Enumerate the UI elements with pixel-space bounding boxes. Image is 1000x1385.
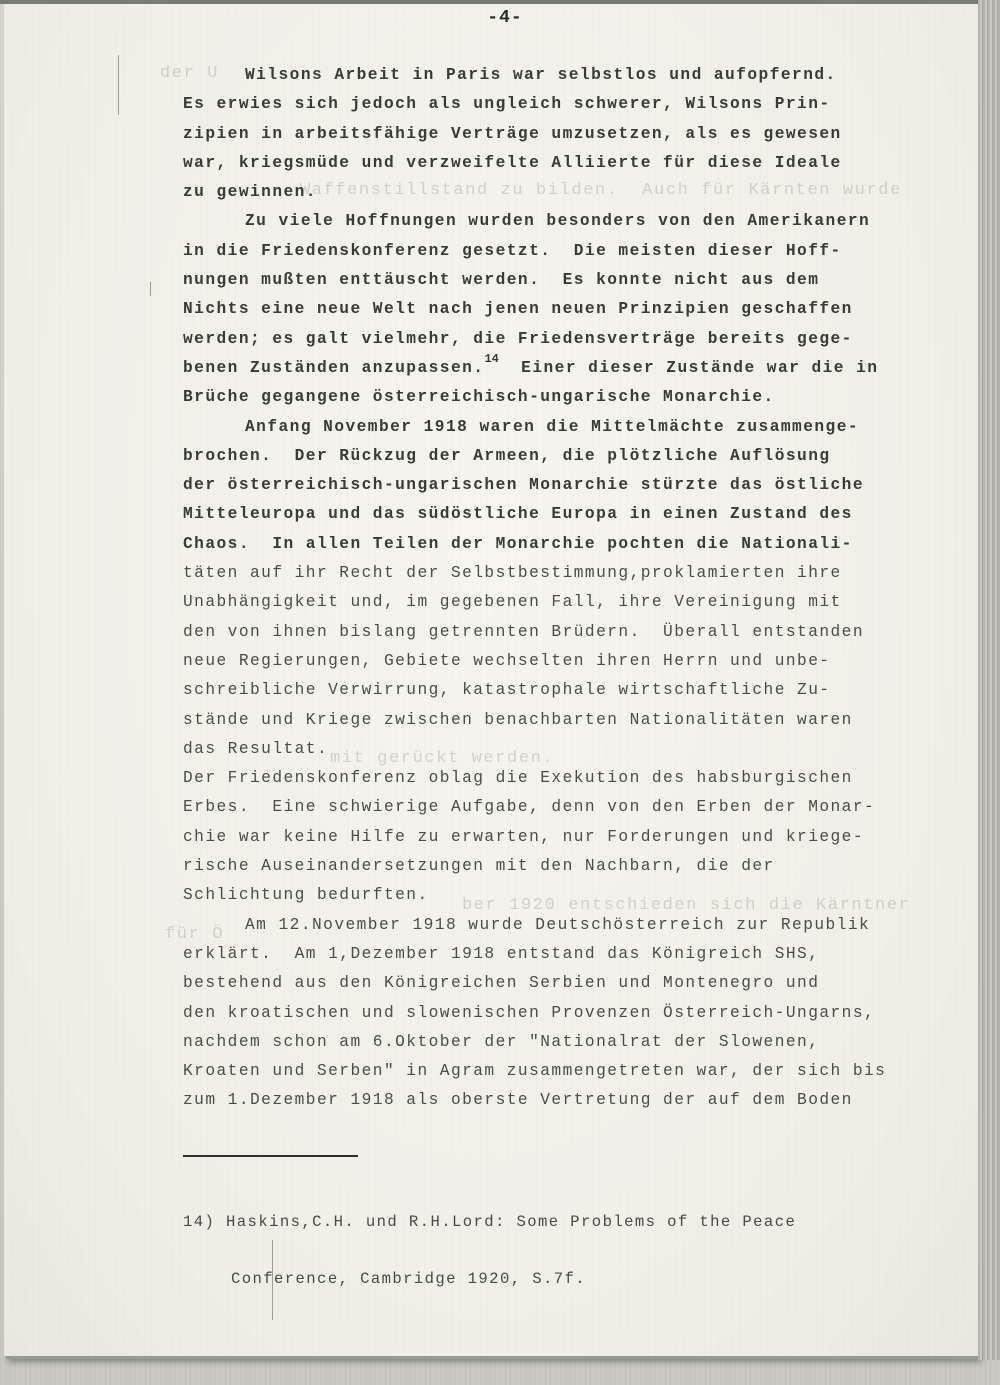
text-line: rische Auseinandersetzungen mit den Nach… (183, 852, 983, 881)
text-line: Schlichtung bedurften. (183, 881, 983, 910)
text-line: neue Regierungen, Gebiete wechselten ihr… (183, 647, 983, 676)
text-line: der österreichisch-ungarischen Monarchie… (183, 471, 983, 500)
scan-artifact-mark (150, 282, 151, 296)
text-line: war, kriegsmüde und verzweifelte Alliier… (183, 149, 983, 178)
footnote-14: 14) Haskins,C.H. und R.H.Lord: Some Prob… (183, 1175, 963, 1308)
text-line: Mitteleuropa und das südöstliche Europa … (183, 500, 983, 529)
page-number: -4- (0, 8, 1000, 28)
text-segment: benen Zuständen anzupassen. (183, 359, 484, 377)
footnote-text: Haskins,C.H. und R.H.Lord: Some Problems… (226, 1213, 796, 1231)
footnote-line: 14) Haskins,C.H. und R.H.Lord: Some Prob… (183, 1213, 963, 1232)
footnote-reference[interactable]: 14 (484, 352, 498, 366)
paragraph: Anfang November 1918 waren die Mittelmäc… (183, 413, 983, 765)
paragraph: Zu viele Hoffnungen wurden besonders von… (183, 207, 983, 412)
text-line: Wilsons Arbeit in Paris war selbstlos un… (183, 61, 983, 90)
text-line: täten auf ihr Recht der Selbstbestimmung… (183, 559, 983, 588)
paragraph: Wilsons Arbeit in Paris war selbstlos un… (183, 61, 983, 207)
text-line: Am 12.November 1918 wurde Deutschösterre… (183, 911, 983, 940)
text-line: schreibliche Verwirrung, katastrophale w… (183, 676, 983, 705)
text-line: Zu viele Hoffnungen wurden besonders von… (183, 207, 983, 236)
footnote-separator (183, 1155, 358, 1157)
text-line: Es erwies sich jedoch als ungleich schwe… (183, 90, 983, 119)
text-line: erklärt. Am 1,Dezember 1918 entstand das… (183, 940, 983, 969)
text-line: Erbes. Eine schwierige Aufgabe, denn von… (183, 793, 983, 822)
text-line: werden; es galt vielmehr, die Friedensve… (183, 325, 983, 354)
text-line: das Resultat. (183, 735, 983, 764)
text-line: zum 1.Dezember 1918 als oberste Vertretu… (183, 1086, 983, 1115)
text-line: Kroaten und Serben" in Agram zusammenget… (183, 1057, 983, 1086)
text-line: in die Friedenskonferenz gesetzt. Die me… (183, 237, 983, 266)
text-line: den von ihnen bislang getrennten Brüdern… (183, 618, 983, 647)
text-line: Anfang November 1918 waren die Mittelmäc… (183, 413, 983, 442)
text-line: nachdem schon am 6.Oktober der "National… (183, 1028, 983, 1057)
text-line: Chaos. In allen Teilen der Monarchie poc… (183, 530, 983, 559)
text-line: zu gewinnen. (183, 178, 983, 207)
text-line: zipien in arbeitsfähige Verträge umzuset… (183, 120, 983, 149)
paragraph: Der Friedenskonferenz oblag die Exekutio… (183, 764, 983, 910)
text-line: brochen. Der Rückzug der Armeen, die plö… (183, 442, 983, 471)
text-line: Der Friedenskonferenz oblag die Exekutio… (183, 764, 983, 793)
text-line: chie war keine Hilfe zu erwarten, nur Fo… (183, 823, 983, 852)
footnote-marker: 14) (183, 1213, 215, 1231)
text-segment: Einer dieser Zustände war die in (499, 359, 879, 377)
text-line: stände und Kriege zwischen benachbarten … (183, 706, 983, 735)
text-line: Unabhängigkeit und, im gegebenen Fall, i… (183, 588, 983, 617)
scan-artifact-mark (118, 55, 119, 115)
document-body: Wilsons Arbeit in Paris war selbstlos un… (183, 61, 983, 1116)
footnote-line: Conference, Cambridge 1920, S.7f. (183, 1270, 963, 1289)
text-line: Nichts eine neue Welt nach jenen neuen P… (183, 295, 983, 324)
text-line-with-footnote: benen Zuständen anzupassen.14 Einer dies… (183, 354, 983, 383)
paragraph: Am 12.November 1918 wurde Deutschösterre… (183, 911, 983, 1116)
text-line: den kroatischen und slowenischen Provenz… (183, 999, 983, 1028)
text-line: bestehend aus den Königreichen Serbien u… (183, 969, 983, 998)
text-line: nungen mußten enttäuscht werden. Es konn… (183, 266, 983, 295)
text-line: Brüche gegangene österreichisch-ungarisc… (183, 383, 983, 412)
